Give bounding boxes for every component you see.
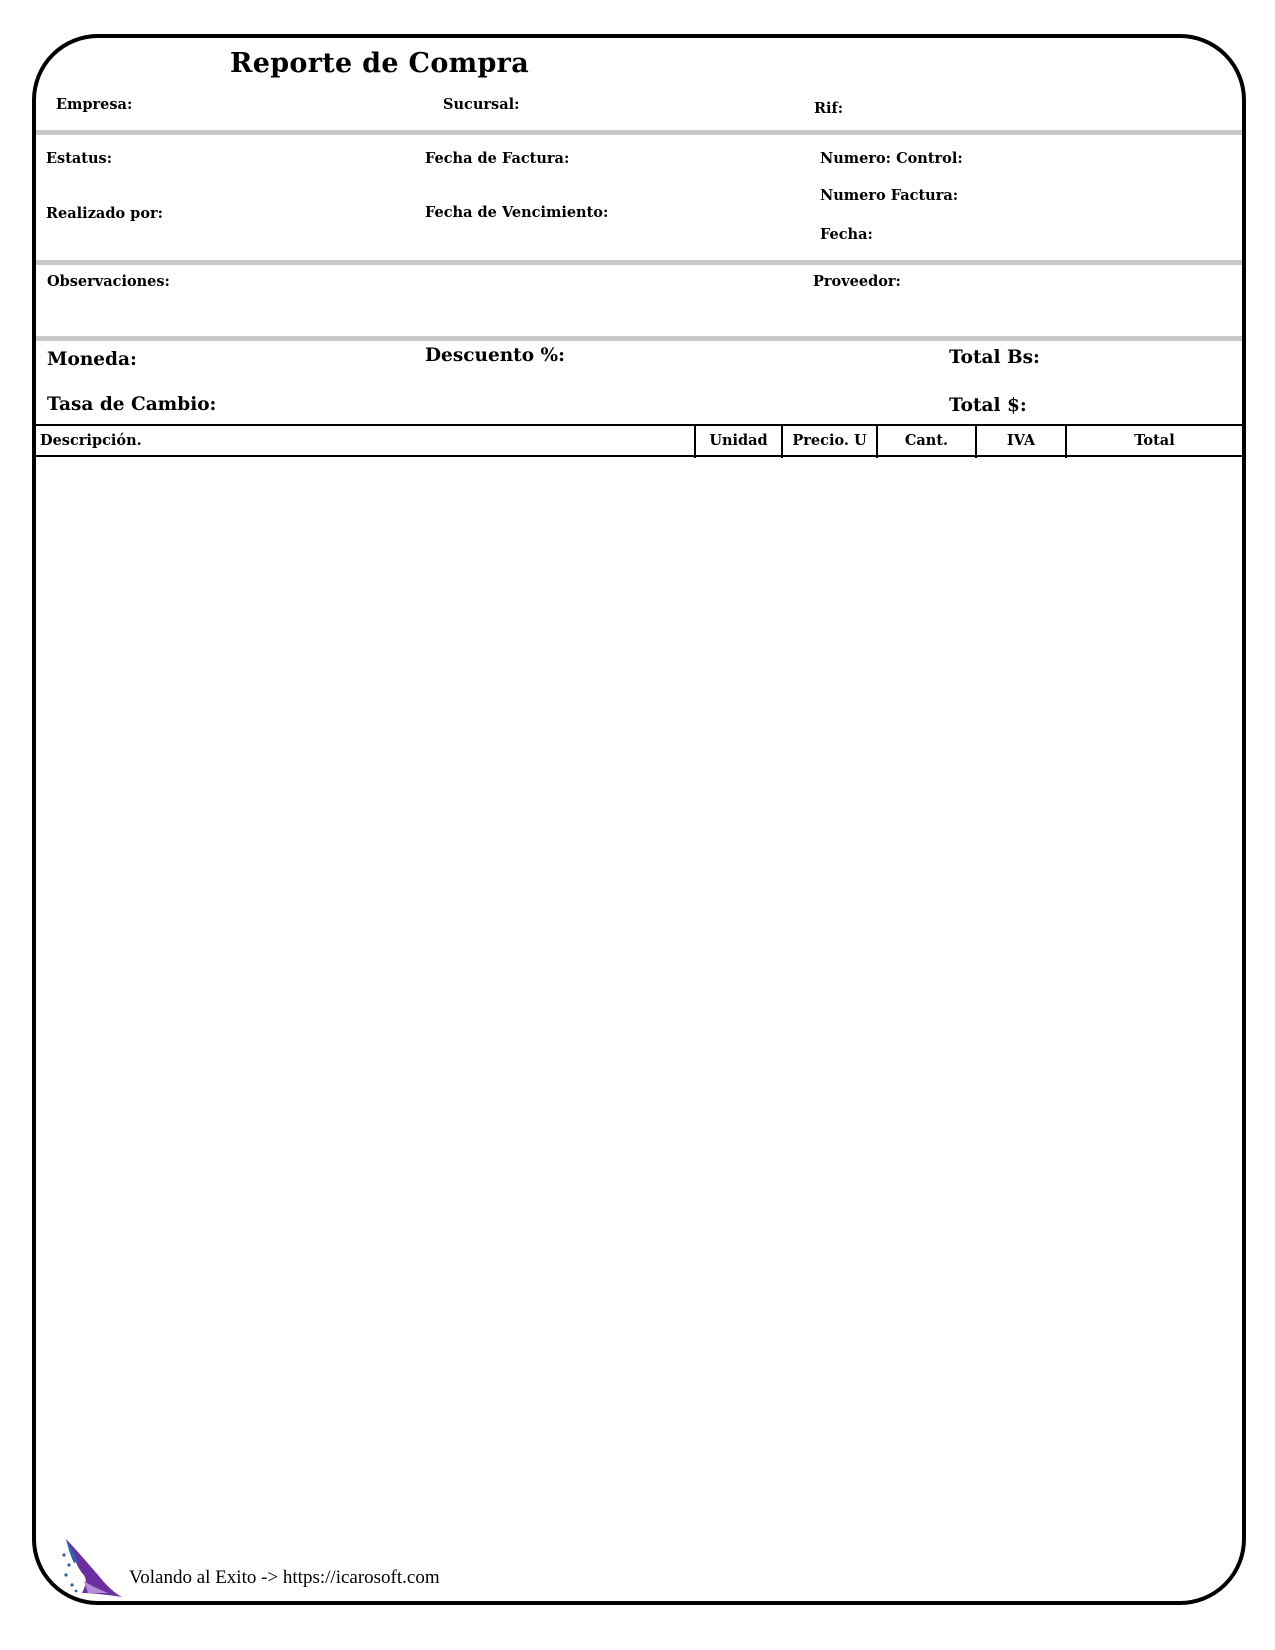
- column-header-iva: IVA: [977, 432, 1065, 449]
- empresa-label: Empresa:: [56, 96, 132, 113]
- observaciones-label: Observaciones:: [47, 273, 170, 290]
- column-header-unidad: Unidad: [696, 432, 781, 449]
- table-header-bottom-border: [36, 455, 1242, 457]
- sucursal-label: Sucursal:: [443, 96, 519, 113]
- total-usd-label: Total $:: [949, 395, 1027, 416]
- fecha-vencimiento-label: Fecha de Vencimiento:: [425, 204, 608, 221]
- section-divider: [36, 336, 1242, 341]
- table-top-border: [36, 424, 1242, 426]
- fecha-factura-label: Fecha de Factura:: [425, 150, 569, 167]
- tasa-cambio-label: Tasa de Cambio:: [47, 394, 216, 415]
- column-header-cant: Cant.: [878, 432, 975, 449]
- column-header-total: Total: [1067, 432, 1242, 449]
- descuento-label: Descuento %:: [425, 345, 565, 366]
- rif-label: Rif:: [814, 100, 843, 117]
- page-title: Reporte de Compra: [230, 48, 529, 79]
- column-header-descripcion: Descripción.: [40, 432, 142, 449]
- footer-tagline: Volando al Exito -> https://icarosoft.co…: [129, 1567, 440, 1589]
- section-divider: [36, 130, 1242, 135]
- section-divider: [36, 260, 1242, 265]
- moneda-label: Moneda:: [47, 349, 137, 370]
- total-bs-label: Total Bs:: [949, 347, 1040, 368]
- realizado-por-label: Realizado por:: [46, 205, 163, 222]
- icarosoft-logo-icon: [58, 1535, 124, 1599]
- proveedor-label: Proveedor:: [813, 273, 901, 290]
- table-body: [36, 458, 1242, 1538]
- estatus-label: Estatus:: [46, 150, 112, 167]
- numero-control-label: Numero: Control:: [820, 150, 963, 167]
- numero-factura-label: Numero Factura:: [820, 187, 958, 204]
- column-header-precio-u: Precio. U: [783, 432, 876, 449]
- fecha-label: Fecha:: [820, 226, 873, 243]
